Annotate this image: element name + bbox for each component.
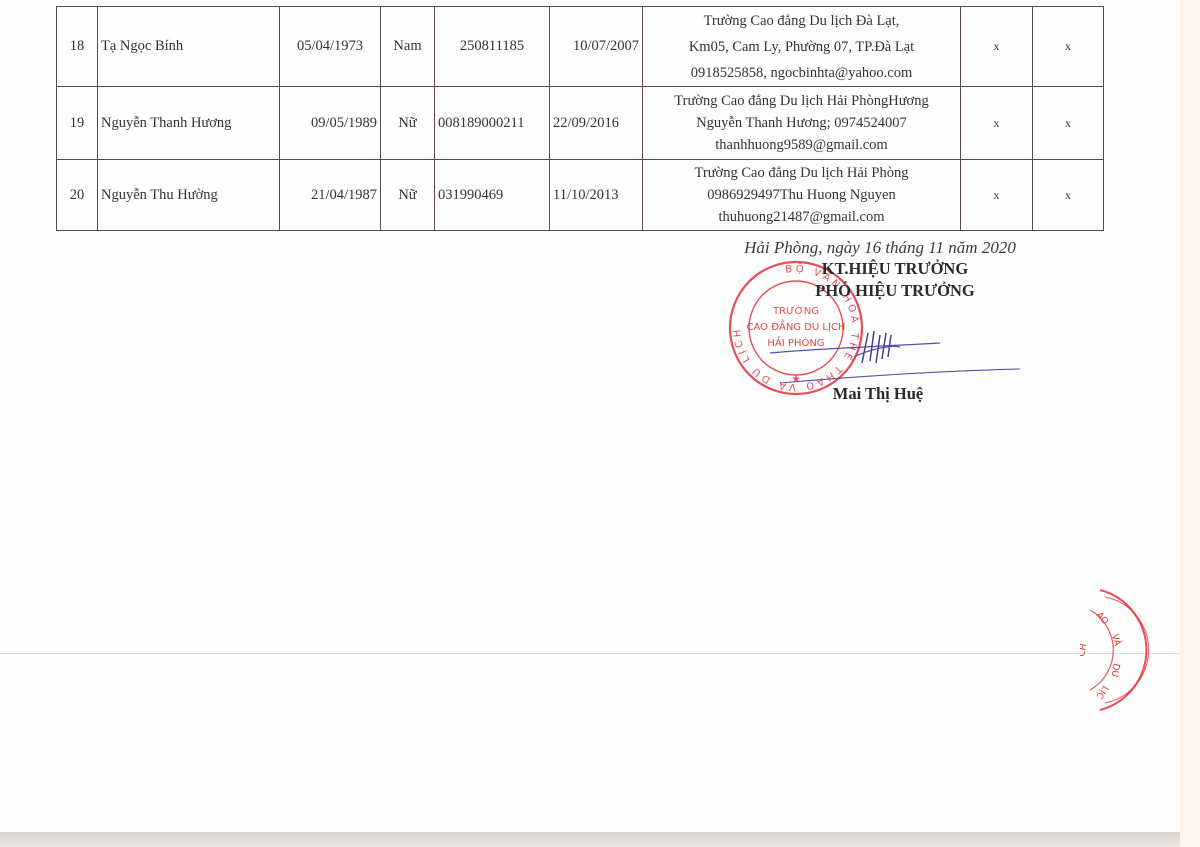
place-and-date: Hải Phòng, ngày 16 tháng 11 năm 2020 <box>720 238 1040 258</box>
mark-cell: x <box>1033 87 1104 160</box>
date-of-birth: 09/05/1989 <box>280 87 381 160</box>
row-number: 19 <box>57 87 98 160</box>
full-name: Tạ Ngọc Bính <box>98 7 280 87</box>
mark-cell: x <box>1033 7 1104 87</box>
row-number: 18 <box>57 7 98 87</box>
unit-contact: Trường Cao đẳng Du lịch Hải Phòng 098692… <box>643 160 961 231</box>
unit-line: 0986929497Thu Huong Nguyen <box>646 184 957 206</box>
table-row: 19 Nguyễn Thanh Hương 09/05/1989 Nữ 0081… <box>57 87 1104 160</box>
table-row: 18 Tạ Ngọc Bính 05/04/1973 Nam 250811185… <box>57 7 1104 87</box>
unit-line: thanhhuong9589@gmail.com <box>646 134 957 156</box>
page-bottom-edge <box>0 832 1180 847</box>
gender: Nữ <box>381 160 435 231</box>
issue-date: 11/10/2013 <box>550 160 643 231</box>
id-number: 250811185 <box>435 7 550 87</box>
signer-title-line2: PHÓ HIỆU TRƯỞNG <box>750 280 1040 302</box>
issue-date: 22/09/2016 <box>550 87 643 160</box>
issue-date: 10/07/2007 <box>550 7 643 87</box>
full-name: Nguyễn Thanh Hương <box>98 87 280 160</box>
participant-table: 18 Tạ Ngọc Bính 05/04/1973 Nam 250811185… <box>56 6 1104 231</box>
svg-text:CH: CH <box>1080 643 1089 658</box>
mark-cell: x <box>961 160 1033 231</box>
unit-line: Trường Cao đẳng Du lịch Đà Lạt, <box>646 8 957 34</box>
id-number: 008189000211 <box>435 87 550 160</box>
unit-line: 0918525858, ngocbinhta@yahoo.com <box>646 60 957 86</box>
id-number: 031990469 <box>435 160 550 231</box>
unit-contact: Trường Cao đẳng Du lịch Hải PhòngHương N… <box>643 87 961 160</box>
mark-cell: x <box>961 7 1033 87</box>
unit-line: Trường Cao đẳng Du lịch Hải PhòngHương <box>646 90 957 112</box>
svg-text:VÀ: VÀ <box>1109 633 1124 648</box>
date-of-birth: 05/04/1973 <box>280 7 381 87</box>
table-row: 20 Nguyễn Thu Hường 21/04/1987 Nữ 031990… <box>57 160 1104 231</box>
signer-title-line1: KT.HIỆU TRƯỞNG <box>750 258 1040 280</box>
page-fold-line <box>0 653 1180 654</box>
unit-line: Km05, Cam Ly, Phường 07, TP.Đà Lạt <box>646 34 957 60</box>
unit-contact: Trường Cao đẳng Du lịch Đà Lạt, Km05, Ca… <box>643 7 961 87</box>
gender: Nam <box>381 7 435 87</box>
unit-line: Nguyễn Thanh Hương; 0974524007 <box>646 112 957 134</box>
stamp-inner-line1: TRƯỜNG <box>772 304 819 317</box>
row-number: 20 <box>57 160 98 231</box>
handwritten-signature-icon <box>770 325 1030 395</box>
signature-block: Hải Phòng, ngày 16 tháng 11 năm 2020 KT.… <box>700 238 1040 302</box>
mark-cell: x <box>1033 160 1104 231</box>
gender: Nữ <box>381 87 435 160</box>
stamp-edge-text: AO <box>1094 611 1110 627</box>
mark-cell: x <box>961 87 1033 160</box>
full-name: Nguyễn Thu Hường <box>98 160 280 231</box>
date-of-birth: 21/04/1987 <box>280 160 381 231</box>
unit-line: Trường Cao đẳng Du lịch Hải Phòng <box>646 162 957 184</box>
partial-stamp-icon: AO VÀ DU LỊC CH <box>1080 585 1160 715</box>
unit-line: thuhuong21487@gmail.com <box>646 206 957 228</box>
